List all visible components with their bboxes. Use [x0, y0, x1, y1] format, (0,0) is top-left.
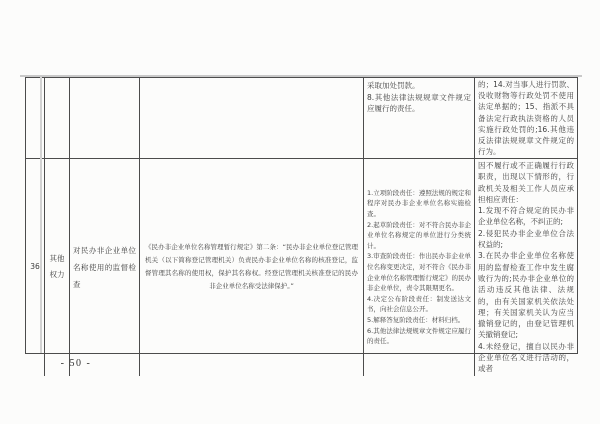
cell-accountability: 的；14.对当事人进行罚款、没收财物等行政处罚不使用法定单据的；15、指派不具备… [474, 78, 577, 158]
scan-artifact-vertical-line [40, 77, 42, 353]
table-row-36: 36 其他权力 对民办非企业单位名称使用的监督检查 《民办非企业单位名称管理暂行… [26, 158, 577, 376]
cell-duty-items: 1.立项阶段责任：遵照法规的规定和程序对民办非企业单位名称实施检查。 2.起草阶… [363, 159, 474, 376]
power-list-table: 采取加处罚款。 8.其他法律法规规章文件规定应履行的责任。 的；14.对当事人进… [25, 77, 578, 354]
table-row-continuation: 采取加处罚款。 8.其他法律法规规章文件规定应履行的责任。 的；14.对当事人进… [26, 78, 577, 158]
cell-category: 其他权力 [44, 159, 69, 376]
cell-duty-items: 采取加处罚款。 8.其他法律法规规章文件规定应履行的责任。 [363, 78, 474, 158]
cell-legal-basis [139, 78, 363, 158]
cell-power-name [69, 78, 139, 158]
page-number: - 50 - [50, 358, 102, 369]
cell-category [44, 78, 69, 158]
cell-accountability: 因不履行或不正确履行行政职责，出现以下情形的，行政机关及相关工作人员应承担相应责… [474, 159, 577, 376]
cell-power-name: 对民办非企业单位名称使用的监督检查 [69, 159, 139, 376]
document-page: 采取加处罚款。 8.其他法律法规规章文件规定应履行的责任。 的；14.对当事人进… [0, 0, 600, 424]
cell-legal-basis: 《民办非企业单位名称管理暂行规定》第二条：“民办非企业单位登记管理机关（以下简称… [139, 159, 363, 376]
